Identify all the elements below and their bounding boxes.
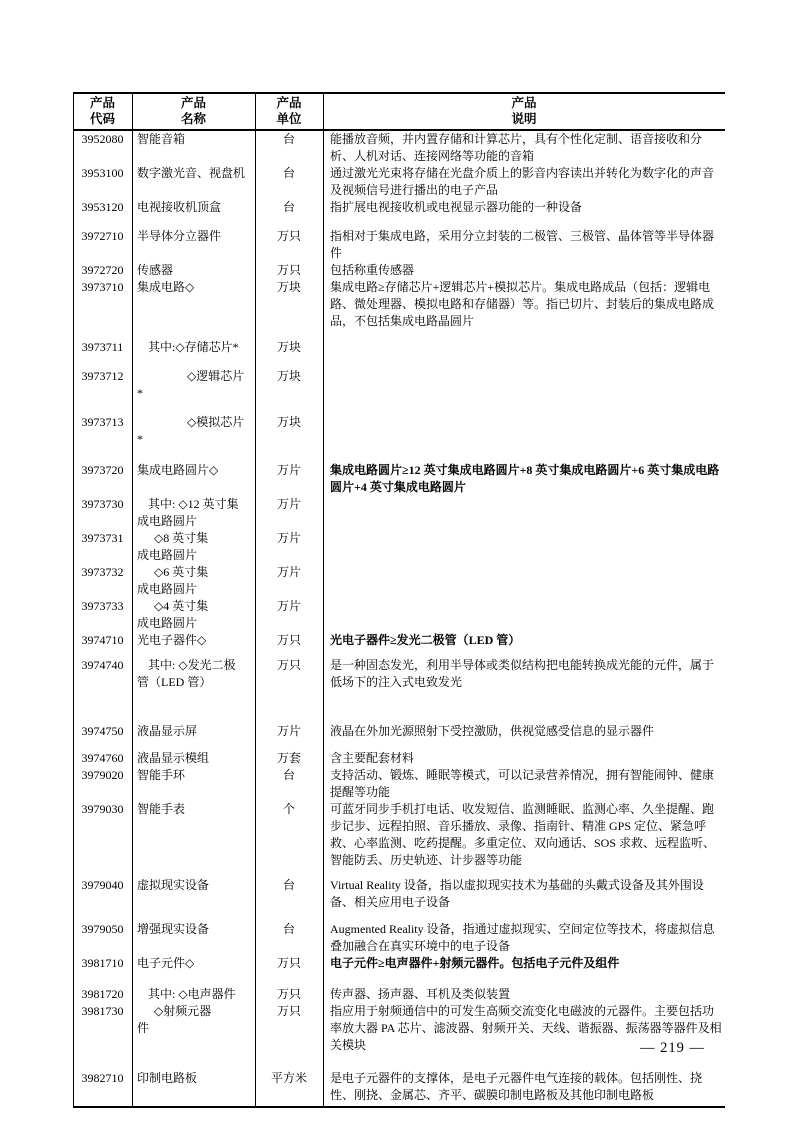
product-name-cell: 数字激光音、视盘机 xyxy=(132,165,255,199)
product-desc-cell: 可蓝牙同步手机打电话、收发短信、监测睡眠、监测心率、久坐提醒、跑步记步、远程拍照… xyxy=(323,801,725,869)
product-unit-cell: 万块 xyxy=(255,279,323,330)
product-desc-cell: 是电子元器件的支撑体，是电子元器件电气连接的载体。包括刚性、挠性、刚挠、金属芯、… xyxy=(323,1070,725,1104)
product-name-cell: 其中: ◇电声器件 xyxy=(132,986,255,1003)
product-desc-cell xyxy=(323,414,725,448)
product-name-cell: ◇模拟芯片 * xyxy=(132,414,255,448)
product-unit-cell: 台 xyxy=(255,877,323,911)
product-desc-cell: 传声器、扬声器、耳机及类似装置 xyxy=(323,986,725,1003)
product-name-cell: 印制电路板 xyxy=(132,1070,255,1104)
table-row: 3973733 ◇4 英寸集 成电路圆片 万片 xyxy=(73,598,725,632)
table-row: 3972720 传感器 万只 包括称重传感器 xyxy=(73,262,725,279)
product-name-cell: 增强现实设备 xyxy=(132,921,255,955)
product-code-cell: 3981710 xyxy=(73,955,132,972)
product-unit-cell: 万块 xyxy=(255,414,323,448)
product-name-cell: 智能手表 xyxy=(132,801,255,869)
product-name-cell: 虚拟现实设备 xyxy=(132,877,255,911)
product-name-cell: 传感器 xyxy=(132,262,255,279)
table-header-row: 产品 代码 产品 名称 产品 单位 产品 说明 xyxy=(73,94,725,131)
product-desc-cell: Augmented Reality 设备，指通过虚拟现实、空间定位等技术，将虚拟… xyxy=(323,921,725,955)
product-unit-cell: 台 xyxy=(255,165,323,199)
product-name-cell: 集成电路◇ xyxy=(132,279,255,330)
product-desc-cell: 能播放音频，并内置存储和计算芯片，具有个性化定制、语音接收和分析、人机对话、连接… xyxy=(323,131,725,165)
product-unit-cell: 万只 xyxy=(255,955,323,972)
product-name-cell: 智能手环 xyxy=(132,767,255,801)
product-name-cell: ◇8 英寸集 成电路圆片 xyxy=(132,530,255,564)
product-unit-cell: 万片 xyxy=(255,564,323,598)
product-desc-cell xyxy=(323,339,725,356)
product-name-cell: ◇射频元器 件 xyxy=(132,1003,255,1054)
product-desc-cell: 集成电路≥存储芯片+逻辑芯片+模拟芯片。集成电路成品（包括：逻辑电路、微处理器、… xyxy=(323,279,725,330)
product-desc-cell xyxy=(323,564,725,598)
table-row: 3973731 ◇8 英寸集 成电路圆片 万片 xyxy=(73,530,725,564)
table-row: 3973730 其中: ◇12 英寸集 成电路圆片 万片 xyxy=(73,496,725,530)
product-unit-cell: 万片 xyxy=(255,462,323,496)
table-body: 3952080 智能音箱 台 能播放音频，并内置存储和计算芯片，具有个性化定制、… xyxy=(73,131,725,1106)
product-desc-cell: Virtual Reality 设备，指以虚拟现实技术为基础的头戴式设备及其外围… xyxy=(323,877,725,911)
product-code-cell: 3973711 xyxy=(73,339,132,356)
product-unit-cell: 万块 xyxy=(255,339,323,356)
table-left-border xyxy=(73,94,74,1106)
table-row: 3973720 集成电路圆片◇ 万片 集成电路圆片≥12 英寸集成电路圆片+8 … xyxy=(73,462,725,496)
product-desc-cell: 指扩展电视接收机或电视显示器功能的一种设备 xyxy=(323,199,725,216)
product-unit-cell: 万只 xyxy=(255,1003,323,1054)
product-code-cell: 3973713 xyxy=(73,414,132,448)
product-desc-cell: 集成电路圆片≥12 英寸集成电路圆片+8 英寸集成电路圆片+6 英寸集成电路圆片… xyxy=(323,462,725,496)
product-code-cell: 3974760 xyxy=(73,750,132,767)
table-row: 3973732 ◇6 英寸集 成电路圆片 万片 xyxy=(73,564,725,598)
product-name-cell: 液晶显示模组 xyxy=(132,750,255,767)
product-unit-cell: 万只 xyxy=(255,228,323,262)
product-code-cell: 3974750 xyxy=(73,723,132,740)
product-name-cell: 其中: ◇发光二极 管（LED 管） xyxy=(132,657,255,691)
table-row: 3973710 集成电路◇ 万块 集成电路≥存储芯片+逻辑芯片+模拟芯片。集成电… xyxy=(73,279,725,330)
table-row: 3981720 其中: ◇电声器件 万只 传声器、扬声器、耳机及类似装置 xyxy=(73,986,725,1003)
table-row: 3981710 电子元件◇ 万只 电子元件≥电声器件+射频元器件。包括电子元件及… xyxy=(73,955,725,972)
table-row: 3974760 液晶显示模组 万套 含主要配套材料 xyxy=(73,750,725,767)
product-code-cell: 3979050 xyxy=(73,921,132,955)
product-code-cell: 3973732 xyxy=(73,564,132,598)
product-desc-cell: 含主要配套材料 xyxy=(323,750,725,767)
table-row: 3974710 光电子器件◇ 万只 光电子器件≥发光二极管（LED 管） xyxy=(73,632,725,649)
product-unit-cell: 万片 xyxy=(255,530,323,564)
product-code-cell: 3972710 xyxy=(73,228,132,262)
column-divider xyxy=(255,94,256,1106)
product-unit-cell: 万只 xyxy=(255,657,323,691)
product-code-cell: 3973710 xyxy=(73,279,132,330)
product-unit-cell: 台 xyxy=(255,921,323,955)
product-code-cell: 3974740 xyxy=(73,657,132,691)
product-desc-cell: 支持活动、锻炼、睡眠等模式，可以记录营养情况，拥有智能闹钟、健康提醒等功能 xyxy=(323,767,725,801)
table-row: 3979040 虚拟现实设备 台 Virtual Reality 设备，指以虚拟… xyxy=(73,877,725,911)
product-code-cell: 3973720 xyxy=(73,462,132,496)
product-unit-cell: 平方米 xyxy=(255,1070,323,1104)
product-unit-cell: 台 xyxy=(255,199,323,216)
product-name-cell: 液晶显示屏 xyxy=(132,723,255,740)
product-name-cell: 光电子器件◇ xyxy=(132,632,255,649)
table-row: 3979020 智能手环 台 支持活动、锻炼、睡眠等模式，可以记录营养情况，拥有… xyxy=(73,767,725,801)
product-unit-cell: 万片 xyxy=(255,598,323,632)
table-row: 3974740 其中: ◇发光二极 管（LED 管） 万只 是一种固态发光，利用… xyxy=(73,657,725,691)
product-unit-cell: 台 xyxy=(255,131,323,165)
product-desc-cell xyxy=(323,368,725,402)
product-name-cell: 电子元件◇ xyxy=(132,955,255,972)
column-header-unit: 产品 单位 xyxy=(255,94,323,129)
product-code-cell: 3979030 xyxy=(73,801,132,869)
table-row: 3952080 智能音箱 台 能播放音频，并内置存储和计算芯片，具有个性化定制、… xyxy=(73,131,725,165)
product-desc-cell: 是一种固态发光，利用半导体或类似结构把电能转换成光能的元件，属于低场下的注入式电… xyxy=(323,657,725,691)
table-row: 3973712 ◇逻辑芯片 * 万块 xyxy=(73,368,725,402)
product-code-cell: 3979040 xyxy=(73,877,132,911)
product-desc-cell: 液晶在外加光源照射下受控激励，供视觉感受信息的显示器件 xyxy=(323,723,725,740)
column-divider xyxy=(323,94,324,1106)
column-header-code: 产品 代码 xyxy=(73,94,132,129)
product-unit-cell: 万片 xyxy=(255,723,323,740)
product-code-cell: 3953100 xyxy=(73,165,132,199)
product-code-cell: 3981720 xyxy=(73,986,132,1003)
product-unit-cell: 个 xyxy=(255,801,323,869)
product-desc-cell xyxy=(323,530,725,564)
product-desc-cell: 包括称重传感器 xyxy=(323,262,725,279)
table-row: 3972710 半导体分立器件 万只 指相对于集成电路，采用分立封装的二极管、三… xyxy=(73,228,725,262)
product-unit-cell: 万只 xyxy=(255,262,323,279)
product-code-cell: 3979020 xyxy=(73,767,132,801)
table-row: 3973711 其中:◇存储芯片* 万块 xyxy=(73,339,725,356)
product-name-cell: 其中: ◇12 英寸集 成电路圆片 xyxy=(132,496,255,530)
product-unit-cell: 万套 xyxy=(255,750,323,767)
products-table: 产品 代码 产品 名称 产品 单位 产品 说明 3952080 智能音箱 台 能… xyxy=(73,92,725,1108)
product-name-cell: ◇逻辑芯片 * xyxy=(132,368,255,402)
product-code-cell: 3972720 xyxy=(73,262,132,279)
product-unit-cell: 万片 xyxy=(255,496,323,530)
product-name-cell: 智能音箱 xyxy=(132,131,255,165)
product-desc-cell xyxy=(323,496,725,530)
product-code-cell: 3973712 xyxy=(73,368,132,402)
product-unit-cell: 万块 xyxy=(255,368,323,402)
table-row: 3953100 数字激光音、视盘机 台 通过激光光束将存储在光盘介质上的影音内容… xyxy=(73,165,725,199)
product-unit-cell: 台 xyxy=(255,767,323,801)
product-desc-cell: 通过激光光束将存储在光盘介质上的影音内容读出并转化为数字化的声音及视频信号进行播… xyxy=(323,165,725,199)
product-name-cell: 电视接收机顶盒 xyxy=(132,199,255,216)
product-desc-cell: 光电子器件≥发光二极管（LED 管） xyxy=(323,632,725,649)
table-row: 3953120 电视接收机顶盒 台 指扩展电视接收机或电视显示器功能的一种设备 xyxy=(73,199,725,216)
product-name-cell: 半导体分立器件 xyxy=(132,228,255,262)
product-desc-cell: 指相对于集成电路，采用分立封装的二极管、三极管、晶体管等半导体器件 xyxy=(323,228,725,262)
column-header-name: 产品 名称 xyxy=(132,94,255,129)
product-code-cell: 3982710 xyxy=(73,1070,132,1104)
table-row: 3982710 印制电路板 平方米 是电子元器件的支撑体，是电子元器件电气连接的… xyxy=(73,1070,725,1104)
product-name-cell: 其中:◇存储芯片* xyxy=(132,339,255,356)
product-code-cell: 3953120 xyxy=(73,199,132,216)
product-code-cell: 3973730 xyxy=(73,496,132,530)
product-name-cell: ◇4 英寸集 成电路圆片 xyxy=(132,598,255,632)
product-code-cell: 3981730 xyxy=(73,1003,132,1054)
column-header-desc: 产品 说明 xyxy=(323,94,725,129)
product-name-cell: ◇6 英寸集 成电路圆片 xyxy=(132,564,255,598)
page-number: — 219 — xyxy=(520,1040,705,1057)
column-divider xyxy=(132,94,133,1106)
product-desc-cell: 电子元件≥电声器件+射频元器件。包括电子元件及组件 xyxy=(323,955,725,972)
table-row: 3979030 智能手表 个 可蓝牙同步手机打电话、收发短信、监测睡眠、监测心率… xyxy=(73,801,725,869)
product-desc-cell xyxy=(323,598,725,632)
product-unit-cell: 万只 xyxy=(255,632,323,649)
table-row: 3979050 增强现实设备 台 Augmented Reality 设备，指通… xyxy=(73,921,725,955)
product-code-cell: 3973731 xyxy=(73,530,132,564)
product-code-cell: 3973733 xyxy=(73,598,132,632)
product-code-cell: 3974710 xyxy=(73,632,132,649)
product-name-cell: 集成电路圆片◇ xyxy=(132,462,255,496)
table-row: 3974750 液晶显示屏 万片 液晶在外加光源照射下受控激励，供视觉感受信息的… xyxy=(73,723,725,740)
table-row: 3973713 ◇模拟芯片 * 万块 xyxy=(73,414,725,448)
product-code-cell: 3952080 xyxy=(73,131,132,165)
product-unit-cell: 万只 xyxy=(255,986,323,1003)
